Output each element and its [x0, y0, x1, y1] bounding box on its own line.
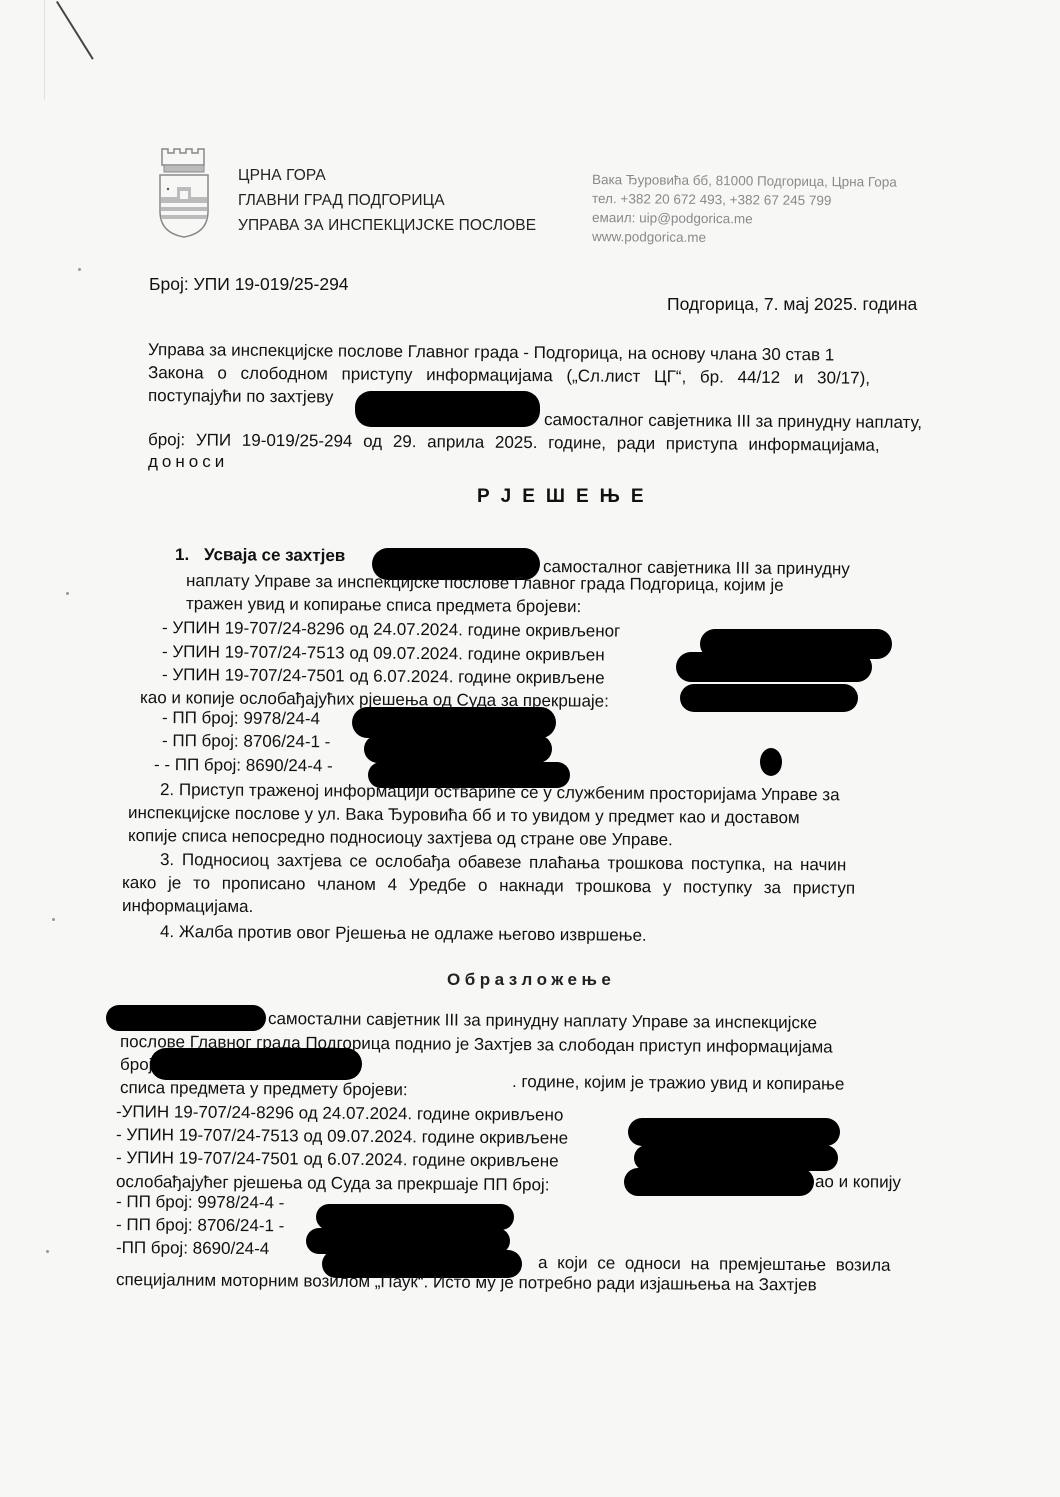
contact-block: Вака Ђуровића бб, 81000 Подгорица, Црна … [592, 170, 897, 246]
redaction [676, 652, 872, 682]
redaction [352, 707, 556, 738]
reasoning-line-3a: број [120, 1055, 152, 1075]
item-2-line-2: инспекцијске послове у ул. Вака Ђуровића… [128, 803, 800, 828]
pp-item: - ПП број: 8706/24-1 - [162, 731, 331, 752]
podgorica-coat-of-arms-icon [158, 145, 210, 239]
reasoning-line-1: самостални савјетник III за принудну нап… [268, 1009, 817, 1033]
preamble-line-1: Управа за инспекцијске послове Главног г… [148, 340, 984, 367]
reasoning-pp-item: - ПП број: 9978/24-4 - [116, 1192, 285, 1213]
redaction-dot [760, 748, 782, 776]
reasoning-pp-item: -ПП број: 8690/24-4 [116, 1238, 269, 1259]
reasoning-line-4b: . године, којим је тражио увид и копирањ… [512, 1072, 845, 1095]
item-2-line-1: 2. Приступ траженој информацији остварић… [160, 780, 840, 805]
org-line-department: УПРАВА ЗА ИНСПЕКЦИЈСКЕ ПОСЛОВЕ [238, 213, 536, 238]
redaction [628, 1118, 840, 1146]
reasoning-line-4: списа предмета у предмету бројеви: [120, 1078, 408, 1100]
item-1-lead: Усваја се захтјев [204, 545, 345, 566]
reasoning-case: -УПИН 19-707/24-8296 од 24.07.2024. годи… [116, 1102, 564, 1126]
preamble-line-3a: поступајући по захтјеву [148, 386, 334, 407]
scan-scratch-mark [56, 1, 94, 60]
scan-speck [52, 918, 55, 921]
preamble-line-5: доноси [148, 452, 228, 472]
reasoning-title: Образложење [447, 970, 615, 990]
paper-fold-mark [44, 0, 45, 100]
release-tail: ао и копију [815, 1172, 901, 1193]
preamble-text: Управа за инспекцијске послове Главног г… [148, 340, 834, 365]
reasoning-tail-1: а који се односи на премјештање возила [538, 1253, 891, 1276]
reasoning-pp-item: - ПП број: 8706/24-1 - [116, 1215, 285, 1236]
organization-header: ЦРНА ГОРА ГЛАВНИ ГРАД ПОДГОРИЦА УПРАВА З… [238, 163, 536, 238]
decision-title: РЈЕШЕЊЕ [477, 486, 655, 508]
case-item: - УПИН 19-707/24-7501 од 6.07.2024. годи… [162, 665, 605, 688]
preamble-line-3b: самосталног савјетника III за принудну н… [544, 410, 922, 433]
org-line-city: ГЛАВНИ ГРАД ПОДГОРИЦА [238, 188, 536, 213]
pp-item: - ПП број: 9978/24-4 [162, 708, 320, 729]
redaction [316, 1204, 514, 1230]
place-and-date: Подгорица, 7. мај 2025. година [667, 294, 917, 315]
reasoning-case: - УПИН 19-707/24-7501 од 6.07.2024. годи… [116, 1148, 559, 1171]
case-item: - УПИН 19-707/24-7513 од 09.07.2024. год… [162, 642, 605, 665]
redaction [106, 1005, 266, 1031]
item-3-line-1: 3. Подносиоц захтјева се ослобађа обавез… [160, 850, 846, 875]
case-item: - УПИН 19-707/24-8296 од 24.07.2024. год… [162, 618, 620, 642]
reference-number: Број: УПИ 19-019/25-294 [149, 274, 349, 295]
redaction [364, 735, 552, 763]
redaction [355, 391, 540, 427]
item-1-line-2: наплату Управе за инспекцијске послове Г… [186, 571, 784, 596]
preamble-line-2: Закона о слободном приступу информацијам… [148, 363, 984, 390]
item-1-number: 1. [175, 545, 189, 565]
reasoning-case: - УПИН 19-707/24-7513 од 09.07.2024. год… [116, 1125, 568, 1149]
item-1-line-3: тражен увид и копирање списа предмета бр… [186, 594, 581, 617]
reasoning-last-line: специјалним моторним возилом „Паук“. Ист… [116, 1270, 817, 1296]
scan-speck [46, 1250, 49, 1253]
redaction [150, 1048, 362, 1080]
redaction [680, 684, 858, 712]
preamble-line-4: број: УПИ 19-019/25-294 од 29. априла 20… [148, 430, 880, 456]
item-3-line-2: како је то прописано чланом 4 Уредбе о н… [122, 873, 855, 899]
scan-speck [66, 592, 69, 595]
pp-item: - - ПП број: 8690/24-4 - [154, 755, 333, 776]
scanned-document-page: ЦРНА ГОРА ГЛАВНИ ГРАД ПОДГОРИЦА УПРАВА З… [0, 0, 1060, 1497]
redaction [624, 1168, 814, 1196]
item-3-line-3: информацијама. [122, 896, 253, 917]
item-4: 4. Жалба против овог Рјешења не одлаже њ… [160, 922, 647, 946]
contact-website: www.podgorica.me [592, 227, 897, 249]
scan-speck [78, 268, 81, 271]
org-line-country: ЦРНА ГОРА [238, 163, 536, 188]
item-2-line-3: копије списа непосредно подносиоцу захтј… [128, 826, 673, 850]
